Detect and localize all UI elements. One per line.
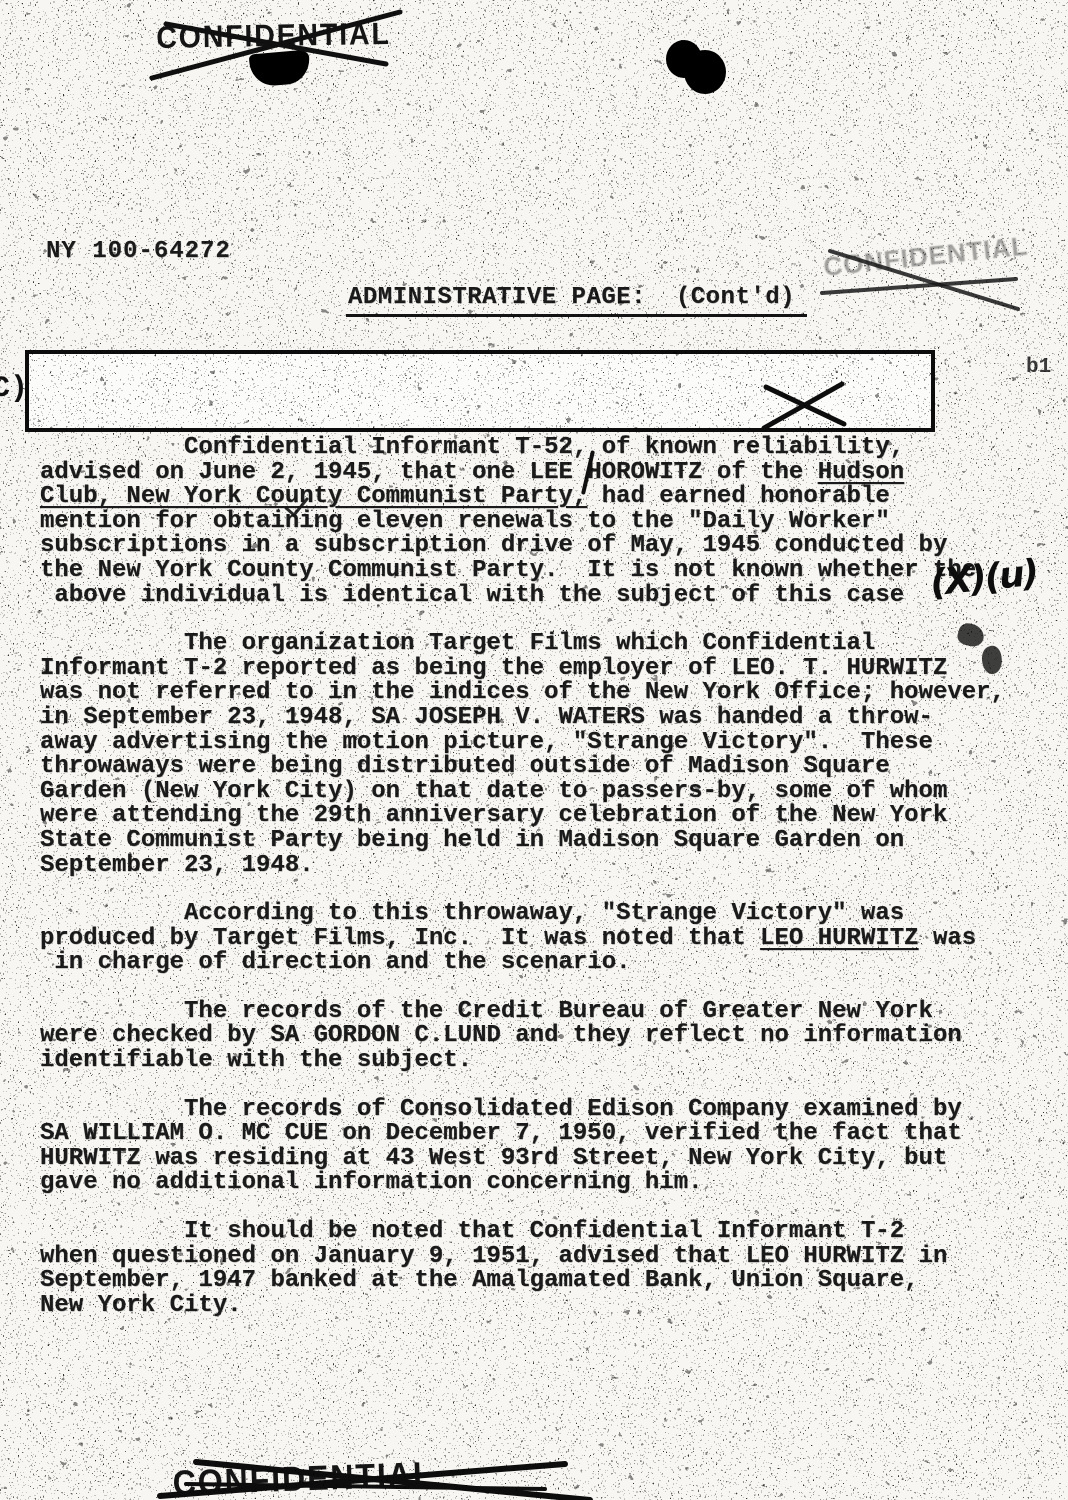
document-line: State Communist Party being held in Madi… xyxy=(40,829,1045,854)
redaction-box xyxy=(25,350,935,432)
document-line: New York City. xyxy=(40,1294,1045,1319)
document-line: The records of Consolidated Edison Compa… xyxy=(40,1098,1045,1123)
paragraph: The records of Consolidated Edison Compa… xyxy=(40,1098,1045,1196)
document-line: in September 23, 1948, SA JOSEPH V. WATE… xyxy=(40,706,1045,731)
document-line: was not referred to in the indices of th… xyxy=(40,681,1045,706)
paragraph: Confidential Informant T-52, of known re… xyxy=(40,436,1045,608)
margin-code-b1: b1 xyxy=(1026,356,1051,379)
document-line: the New York County Communist Party. It … xyxy=(40,559,1045,584)
paragraph: According to this throwaway, "Strange Vi… xyxy=(40,902,1045,976)
ink-blot xyxy=(684,50,726,94)
paragraph: The records of the Credit Bureau of Grea… xyxy=(40,1000,1045,1074)
document-line: Garden (New York City) on that date to p… xyxy=(40,780,1045,805)
document-line: subscriptions in a subscription drive of… xyxy=(40,534,1045,559)
document-line: Informant T-2 reported as being the empl… xyxy=(40,657,1045,682)
document-line: above individual is identical with the s… xyxy=(40,584,1045,609)
document-line: when questioned on January 9, 1951, advi… xyxy=(40,1245,1045,1270)
document-line: produced by Target Films, Inc. It was no… xyxy=(40,927,1045,952)
document-line: Confidential Informant T-52, of known re… xyxy=(40,436,1045,461)
paragraph: It should be noted that Confidential Inf… xyxy=(40,1220,1045,1318)
confidential-stamp-top: CONFIDENTIAL xyxy=(156,16,391,56)
document-line: away advertising the motion picture, "St… xyxy=(40,731,1045,756)
document-line: HURWITZ was residing at 43 West 93rd Str… xyxy=(40,1147,1045,1172)
ink-blot xyxy=(249,49,312,87)
document-line: SA WILLIAM O. MC CUE on December 7, 1950… xyxy=(40,1122,1045,1147)
document-line: September, 1947 banked at the Amalgamate… xyxy=(40,1269,1045,1294)
scanned-document-page: CONFIDENTIAL CONFIDENTIAL CONFIDENTIAL N… xyxy=(0,0,1068,1500)
document-line: in charge of direction and the scenario. xyxy=(40,951,1045,976)
document-line: It should be noted that Confidential Inf… xyxy=(40,1220,1045,1245)
document-line: were checked by SA GORDON C.LUND and the… xyxy=(40,1024,1045,1049)
document-line: mention for obtaining eleven renewals to… xyxy=(40,510,1045,535)
document-line: throwaways were being distributed outsid… xyxy=(40,755,1045,780)
document-line: The organization Target Films which Conf… xyxy=(40,632,1045,657)
document-line: Club, New York County Communist Party, h… xyxy=(40,485,1045,510)
document-line: September 23, 1948. xyxy=(40,854,1045,879)
document-line: The records of the Credit Bureau of Grea… xyxy=(40,1000,1045,1025)
document-line: gave no additional information concernin… xyxy=(40,1171,1045,1196)
paragraph: The organization Target Films which Conf… xyxy=(40,632,1045,878)
document-line: identifiable with the subject. xyxy=(40,1049,1045,1074)
document-line: advised on June 2, 1945, that one LEE HO… xyxy=(40,461,1045,486)
margin-code-c: C) xyxy=(0,372,28,406)
document-body: Confidential Informant T-52, of known re… xyxy=(40,436,1045,1342)
confidential-stamp-top-right: CONFIDENTIAL xyxy=(822,231,1030,283)
file-number: NY 100-64272 xyxy=(46,238,231,265)
document-line: According to this throwaway, "Strange Vi… xyxy=(40,902,1045,927)
document-line: were attending the 29th anniversary cele… xyxy=(40,804,1045,829)
confidential-stamp-bottom: CONFIDENTIAL xyxy=(172,1455,435,1500)
page-title: ADMINISTRATIVE PAGE: (Cont'd) xyxy=(346,284,807,317)
